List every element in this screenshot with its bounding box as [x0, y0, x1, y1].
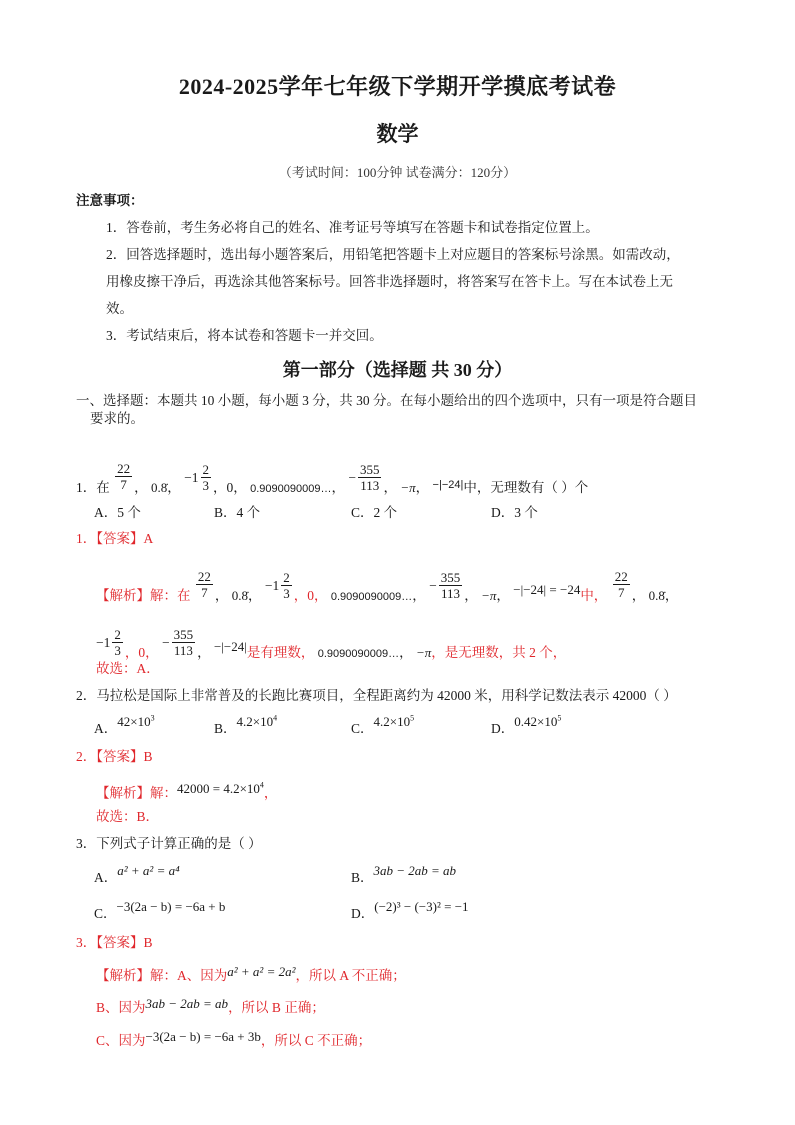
part1-heading: 第一部分（选择题 共 30 分） [0, 356, 795, 382]
q3-answer: 3．【答案】B [76, 929, 153, 956]
part1-instruction: 一、选择题：本题共 10 小题，每小题 3 分，共 30 分。在每小题给出的四个… [76, 387, 697, 414]
q1-answer: 1．【答案】A [76, 525, 153, 552]
question-1-stem: 1．在 227， 0.8̇， −123，0， 0.9090090009…， −3… [76, 472, 588, 504]
q1-mixed-number: −123 [184, 462, 213, 493]
question-2-stem: 2．马拉松是国际上非常普及的长跑比赛项目，全程距离约为 42000 米，用科学记… [76, 682, 677, 709]
q1-option-d[interactable]: D．3 个 [491, 501, 538, 521]
notice-item-2-cont: 用橡皮擦干净后，再选涂其他答案标号。回答非选择题时，将答案写在答卡上。写在本试卷… [106, 268, 673, 295]
q1-option-c[interactable]: C．2 个 [351, 501, 397, 521]
question-3-stem: 3．下列式子计算正确的是（ ） [76, 830, 262, 857]
q1-abs-value: −|−24| [433, 479, 464, 491]
q1-option-b[interactable]: B．4 个 [214, 501, 260, 521]
q1-prefix: 1．在 [76, 480, 110, 495]
q1-fraction-355-113: −355113 [348, 462, 383, 493]
q1-analysis-line1: 【解析】解：在 227， 0.8̇， −123，0， 0.9090090009…… [96, 580, 678, 612]
notice-item-3: 3．考试结束后，将本试卷和答题卡一并交回。 [106, 322, 383, 349]
notice-item-1: 1．答卷前，考生务必将自己的姓名、准考证号等填写在答题卡和试卷指定位置上。 [106, 214, 599, 241]
q1-neg-pi: −π [400, 480, 415, 495]
q3-analysis-b: B、因为3ab − 2ab = ab，所以 B 正确； [96, 994, 325, 1021]
q2-analysis: 【解析】解：42000 = 4.2×104， [96, 776, 277, 806]
q2-option-b[interactable]: B．4.2×104 [214, 717, 277, 737]
q2-option-c[interactable]: C．4.2×105 [351, 717, 414, 737]
notice-item-2: 2．回答选择题时，选出每小题答案后，用铅笔把答题卡上对应题目的答案标号涂黑。如需… [106, 241, 680, 268]
exam-meta: （考试时间：100分钟 试卷满分：120分） [0, 162, 795, 181]
q3-option-c[interactable]: C．−3(2a − b) = −6a + b [94, 902, 225, 922]
q1-fraction-22-7: 227 [115, 461, 132, 492]
q1-decimal: 0.9090090009… [250, 483, 331, 495]
q1-suffix: 中，无理数有（ ）个 [463, 480, 588, 495]
notice-item-2-end: 效。 [106, 295, 133, 322]
notice-heading: 注意事项： [76, 189, 144, 209]
q1-repeating-decimal: 0.8̇ [151, 480, 167, 495]
q2-answer: 2．【答案】B [76, 743, 153, 770]
q2-conclusion: 故选：B． [96, 803, 159, 830]
q2-option-a[interactable]: A．42×103 [94, 717, 155, 737]
q2-option-d[interactable]: D．0.42×105 [491, 717, 561, 737]
q3-analysis-a: 【解析】解：A、因为a² + a² = 2a²，所以 A 不正确； [96, 962, 406, 989]
exam-subject: 数学 [0, 118, 795, 148]
q1-conclusion: 故选：A． [96, 655, 160, 682]
q1-analysis-line2: −123，0， −355113， −|−24|是有理数， 0.909009000… [96, 637, 566, 668]
part1-instruction-cont: 要求的。 [90, 405, 144, 432]
q3-option-d[interactable]: D．(−2)³ − (−3)² = −1 [351, 902, 469, 922]
q3-analysis-c: C、因为−3(2a − b) = −6a + 3b，所以 C 不正确； [96, 1027, 371, 1054]
q3-option-b[interactable]: B．3ab − 2ab = ab [351, 866, 456, 886]
q1-option-a[interactable]: A．5 个 [94, 501, 141, 521]
q3-option-a[interactable]: A．a² + a² = a⁴ [94, 866, 180, 886]
exam-title: 2024-2025学年七年级下学期开学摸底考试卷 [0, 70, 795, 101]
